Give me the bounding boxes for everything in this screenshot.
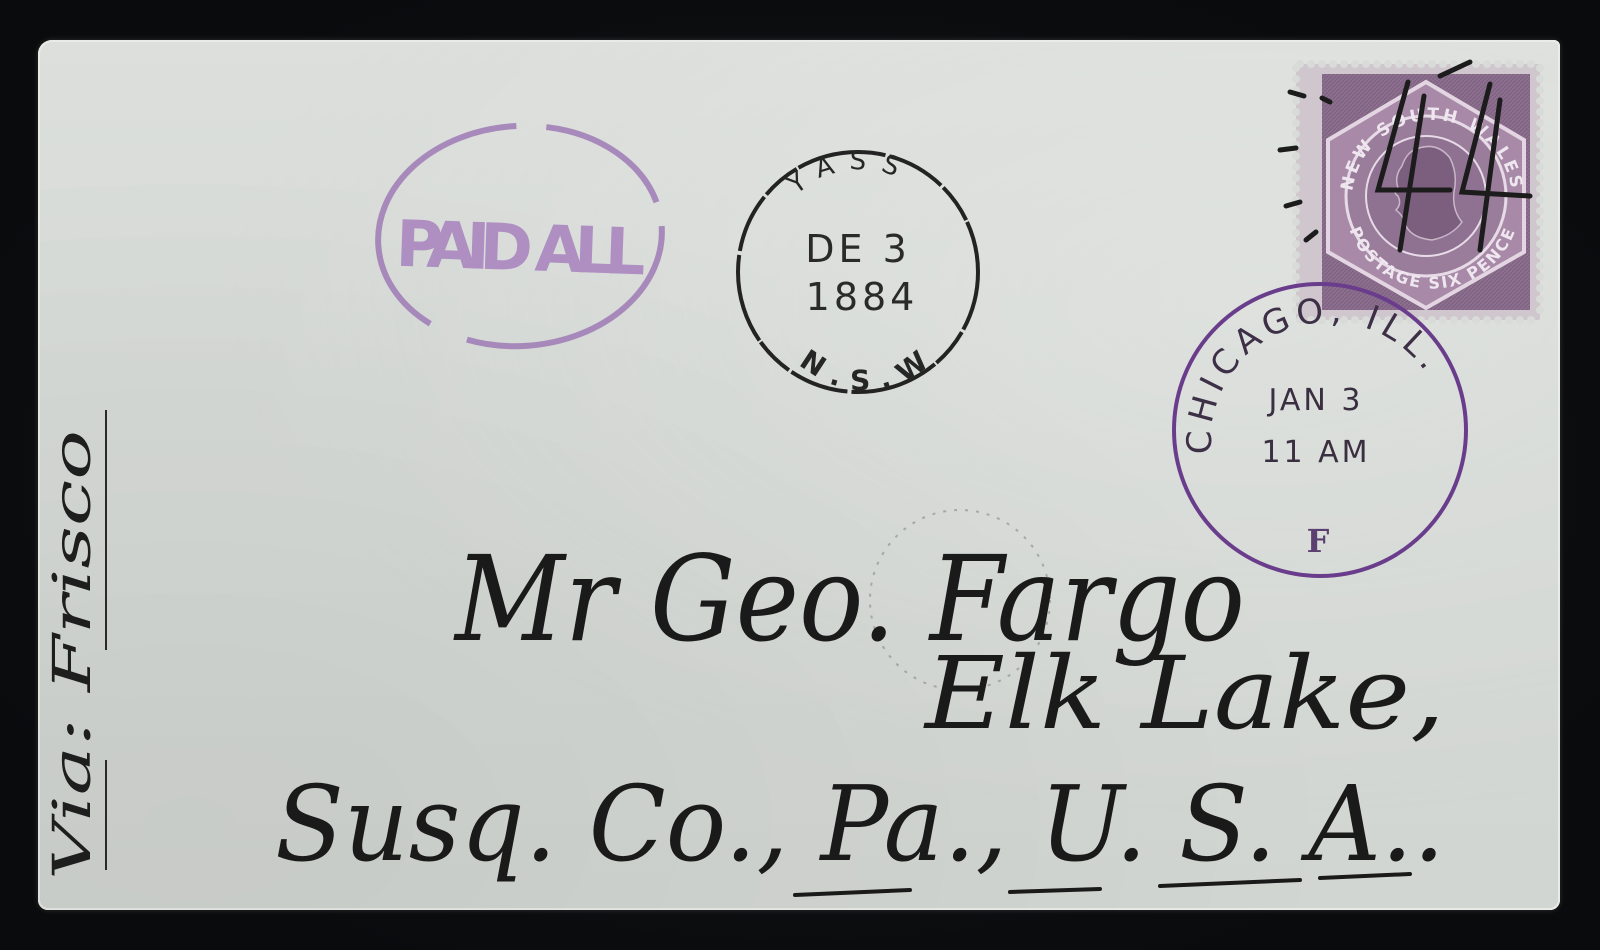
handwritten-address: Mr Geo. Fargo Elk Lake, Susq. Co., Pa., … [0, 0, 1600, 950]
routing-instruction: Via: Frisco [43, 430, 103, 880]
address-line-town: Elk Lake, [923, 635, 1445, 752]
address-line-county-country: Susq. Co., Pa., U. S. A.. [275, 763, 1445, 885]
